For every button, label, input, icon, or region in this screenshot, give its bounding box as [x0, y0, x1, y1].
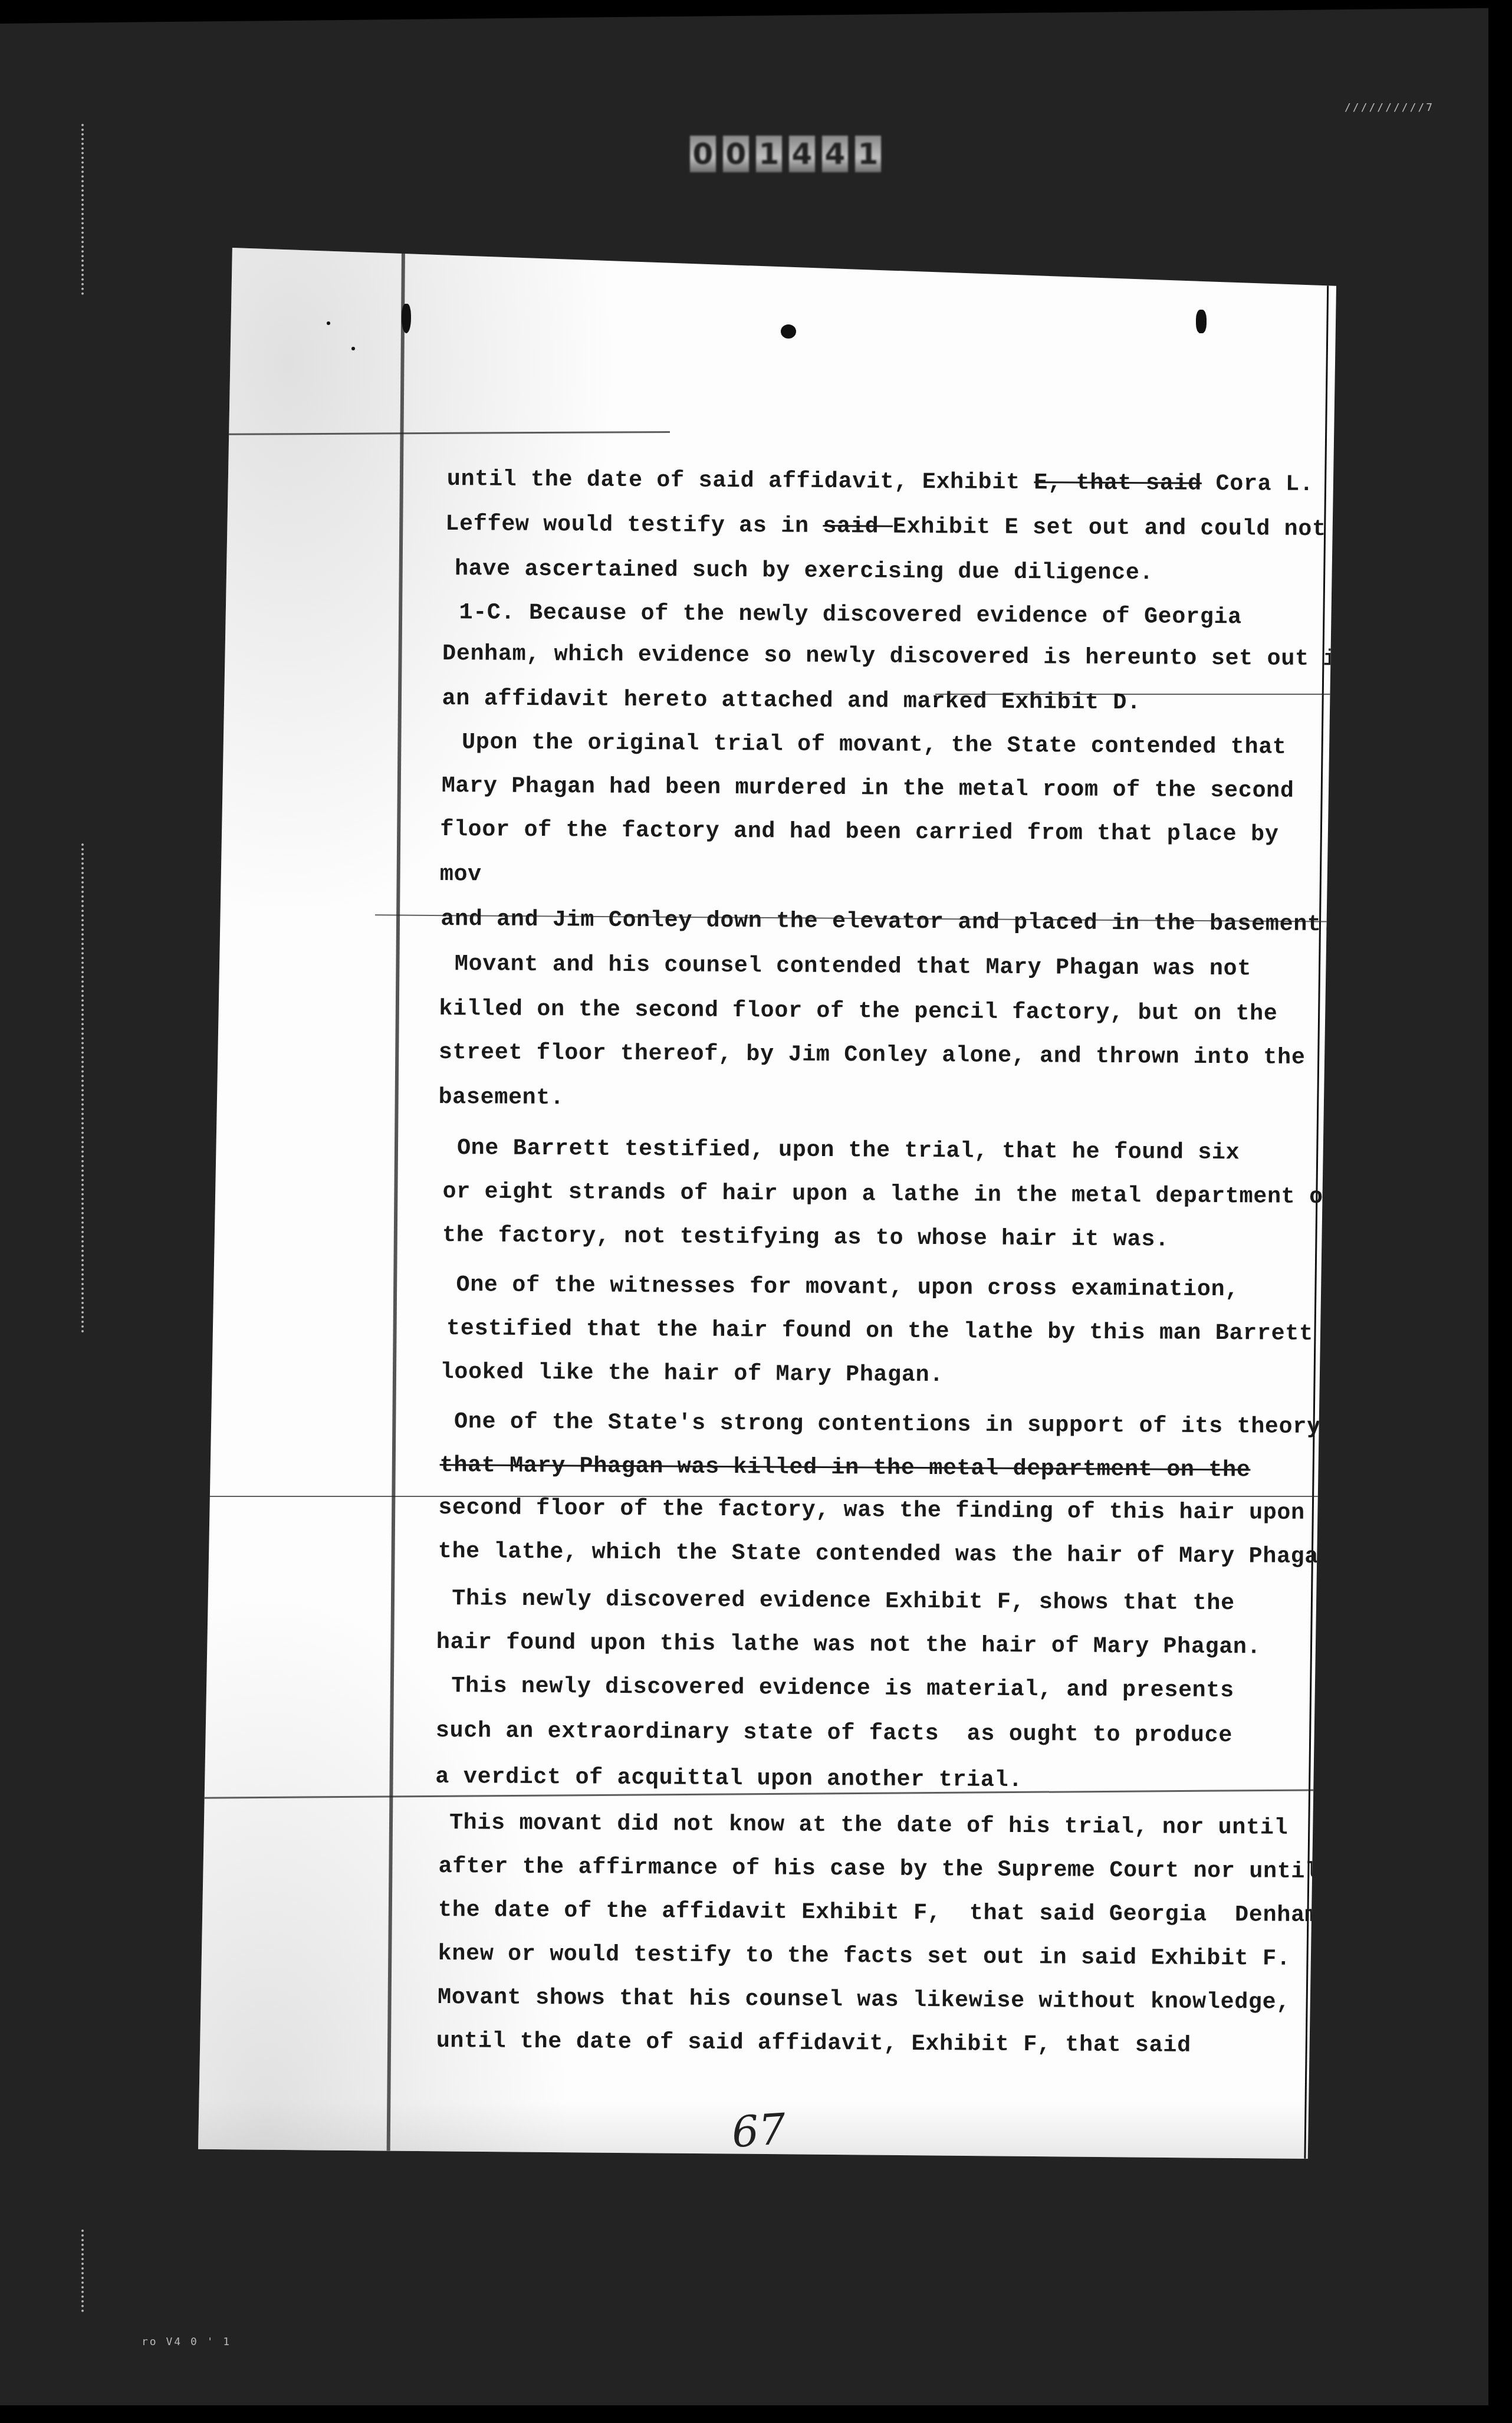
- text-line: Mary Phagan had been murdered in the met…: [442, 773, 1294, 804]
- document-page: until the date of said affidavit, Exhibi…: [198, 248, 1336, 2159]
- speck: [327, 321, 330, 325]
- text-line: and and Jim Conley down the elevator and…: [441, 906, 1335, 937]
- text-line: Leffew would testify as in said Exhibit …: [445, 511, 1326, 542]
- text-line: Upon the original trial of movant, the S…: [462, 729, 1287, 760]
- frame-digit: 1: [855, 136, 881, 172]
- text-line: have ascertained such by exercising due …: [455, 556, 1153, 586]
- text-line: mov: [440, 861, 482, 887]
- speck: [351, 347, 355, 350]
- text-line: the date of the affidavit Exhibit F, tha…: [438, 1897, 1319, 1928]
- film-edge-perforation: [81, 2230, 92, 2312]
- text-line: street floor thereof, by Jim Conley alon…: [439, 1039, 1306, 1071]
- text-line: This newly discovered evidence Exhibit F…: [452, 1585, 1235, 1616]
- text-line: the lathe, which the State contended was…: [438, 1538, 1347, 1570]
- text-line: hair found upon this lathe was not the h…: [436, 1629, 1261, 1660]
- text-line: knew or would testify to the facts set o…: [438, 1941, 1290, 1972]
- text-line: such an extraordinary state of facts as …: [436, 1718, 1232, 1748]
- text-line: Movant shows that his counsel was likewi…: [438, 1984, 1290, 2015]
- film-border-top: [0, 0, 1512, 24]
- ink-blot: [781, 324, 796, 339]
- text-line: Movant and his counsel contended that Ma…: [455, 951, 1251, 981]
- text-line: One of the State's strong contentions in…: [454, 1409, 1321, 1440]
- frame-digit: 1: [756, 136, 782, 172]
- frame-digit: 4: [789, 136, 815, 172]
- text-line: until the date of said affidavit, Exhibi…: [447, 466, 1314, 497]
- film-edge-mark-bottom-left: ro V4 0 ' 1: [142, 2336, 231, 2348]
- film-border-bottom: [0, 2405, 1512, 2423]
- text-line: One of the witnesses for movant, upon cr…: [456, 1272, 1239, 1302]
- text-line: a verdict of acquittal upon another tria…: [435, 1764, 1023, 1793]
- ink-blot: [1196, 310, 1207, 333]
- text-line: basement.: [438, 1084, 564, 1111]
- film-edge-mark-top-right: //////////7: [1345, 101, 1434, 114]
- paragraph-heading-line: 1-C. Because of the newly discovered evi…: [459, 599, 1242, 630]
- text-line: killed on the second floor of the pencil…: [439, 996, 1277, 1027]
- text-line: second floor of the factory, was the fin…: [438, 1495, 1305, 1526]
- text-line: or eight strands of hair upon a lathe in…: [442, 1178, 1337, 1210]
- film-border-right: [1488, 0, 1512, 2423]
- text-line: until the date of said affidavit, Exhibi…: [436, 2028, 1191, 2058]
- text-line: This newly discovered evidence is materi…: [451, 1673, 1234, 1703]
- film-edge-perforation: [81, 124, 92, 295]
- text-line: after the affirmance of his case by the …: [438, 1853, 1319, 1884]
- text-line: looked like the hair of Mary Phagan.: [440, 1359, 944, 1388]
- text-line: This movant did not know at the date of …: [449, 1810, 1288, 1841]
- frame-digit: 0: [723, 136, 749, 172]
- frame-digit: 0: [690, 136, 716, 172]
- text-line: testified that the hair found on the lat…: [446, 1315, 1313, 1347]
- text-line: Denham, which evidence so newly discover…: [442, 641, 1351, 672]
- film-edge-perforation: [81, 843, 92, 1333]
- text-line-struck: that Mary Phagan was killed in the metal…: [440, 1452, 1251, 1483]
- handwritten-page-number: 67: [730, 2104, 787, 2157]
- frame-digit: 4: [822, 136, 848, 172]
- frame-number: 0 0 1 4 4 1: [690, 136, 881, 172]
- text-line: the factory, not testifying as to whose …: [442, 1222, 1169, 1253]
- text-line: an affidavit hereto attached and marked …: [442, 685, 1140, 715]
- text-line: One Barrett testified, upon the trial, t…: [457, 1135, 1240, 1165]
- ink-blot: [402, 304, 411, 333]
- text-line: floor of the factory and had been carrie…: [440, 816, 1278, 848]
